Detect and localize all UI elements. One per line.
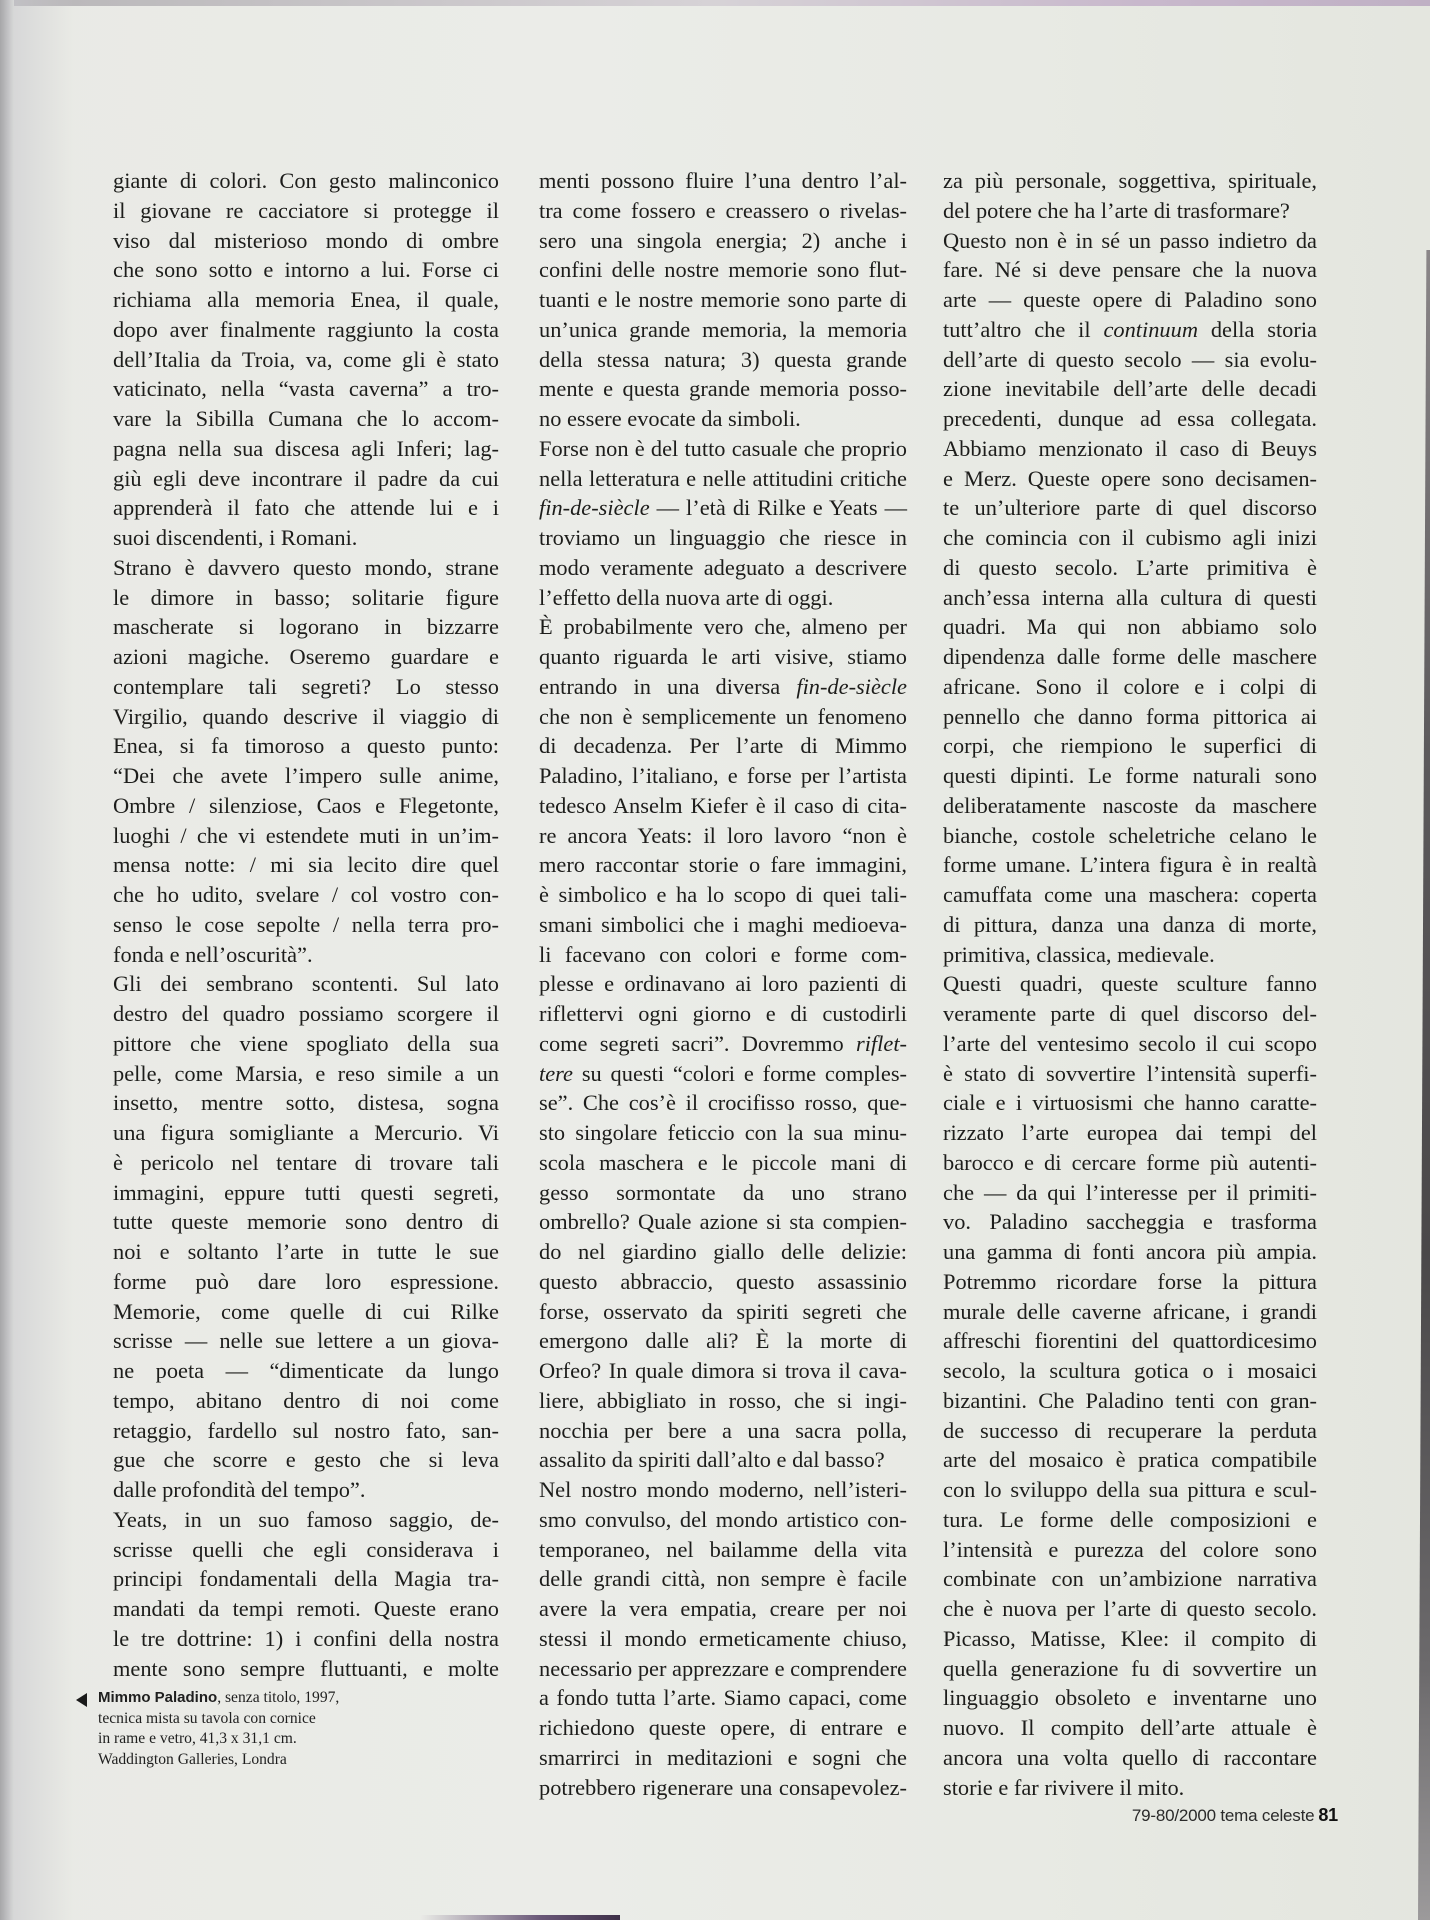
paragraph: È probabilmente vero che, almeno perquan… (539, 612, 907, 1475)
text-line: ombrello? Quale azione si sta compien- (539, 1207, 907, 1237)
paragraph: Forse non è del tutto casuale che propri… (539, 434, 907, 613)
text-line: Paladino, l’italiano, e forse per l’arti… (539, 761, 907, 791)
text-line: za più personale, soggettiva, spirituale… (943, 166, 1317, 196)
text-line: arte — queste opere di Paladino sono (943, 285, 1317, 315)
text-line: Picasso, Matisse, Klee: il compito di (943, 1624, 1317, 1654)
caption-line-4: Waddington Galleries, Londra (76, 1750, 339, 1771)
text-line: Gli dei sembrano scontenti. Sul lato (113, 969, 499, 999)
text-line: questo abbraccio, questo assassinio (539, 1267, 907, 1297)
text-line: modo veramente adeguato a descrivere (539, 553, 907, 583)
text-line: tutte queste memorie sono dentro di (113, 1207, 499, 1237)
text-line: linguaggio obsoleto e inventarne uno (943, 1683, 1317, 1713)
text-line: te un’ulteriore parte di quel discorso (943, 493, 1317, 523)
text-line: le tre dottrine: 1) i confini della nost… (113, 1624, 499, 1654)
text-line: smo convulso, del mondo artistico con- (539, 1505, 907, 1535)
italic-term: fin-de-siècle (796, 674, 907, 699)
text-line: che è nuova per l’arte di questo secolo. (943, 1594, 1317, 1624)
text-line: di pittura, danza una danza di morte, (943, 910, 1317, 940)
text-line: suoi discendenti, i Romani. (113, 523, 499, 553)
text-line: apprenderà il fato che attende lui e i (113, 493, 499, 523)
text-line: scola maschera e le piccole mani di (539, 1148, 907, 1178)
text-line: tedesco Anselm Kiefer è il caso di cita- (539, 791, 907, 821)
text-line: un’unica grande memoria, la memoria (539, 315, 907, 345)
text-line: combinate con un’ambizione narrativa (943, 1564, 1317, 1594)
text-line: tere su questi “colori e forme comples- (539, 1059, 907, 1089)
text-line: l’arte del ventesimo secolo il cui scopo (943, 1029, 1317, 1059)
text-line: fare. Né si deve pensare che la nuova (943, 255, 1317, 285)
text-line: menti possono fluire l’una dentro l’al- (539, 166, 907, 196)
text-line: dipendenza dalle forme delle maschere (943, 642, 1317, 672)
text-line: tutt’altro che il continuum della storia (943, 315, 1317, 345)
text-line: tuanti e le nostre memorie sono parte di (539, 285, 907, 315)
text-line: storie e far rivivere il mito. (943, 1773, 1317, 1803)
text-line: Potremmo ricordare forse la pittura (943, 1267, 1317, 1297)
text-line: forse, osservato da spiriti segreti che (539, 1297, 907, 1327)
paragraph: Strano è davvero questo mondo, stranele … (113, 553, 499, 970)
text-line: riflettervi ogni giorno e di custodirli (539, 999, 907, 1029)
paragraph: Questi quadri, queste sculture fannovera… (943, 969, 1317, 1802)
text-line: deliberatamente nascoste da maschere (943, 791, 1317, 821)
page-right-edge (1418, 250, 1430, 1920)
text-line: mente e questa grande memoria posso- (539, 374, 907, 404)
text-line: azioni magiche. Oseremo guardare e (113, 642, 499, 672)
text-line: vo. Paladino saccheggia e trasforma (943, 1207, 1317, 1237)
text-line: stessi il mondo ermeticamente chiuso, (539, 1624, 907, 1654)
text-line: zione inevitabile dell’arte delle decadi (943, 374, 1317, 404)
text-line: assalito da spiriti dall’alto e dal bass… (539, 1445, 907, 1475)
text-line: Memorie, come quelle di cui Rilke (113, 1297, 499, 1327)
italic-term: riflet- (856, 1031, 907, 1056)
text-line: sero una singola energia; 2) anche i (539, 226, 907, 256)
text-line: se”. Che cos’è il crocifisso rosso, que- (539, 1088, 907, 1118)
text-line: barocco e di cercare forme più autenti- (943, 1148, 1317, 1178)
text-line: smani simbolici che i maghi medioeva- (539, 910, 907, 940)
text-line: dell’Italia da Troia, va, come gli è sta… (113, 345, 499, 375)
paragraph: Yeats, in un suo famoso saggio, de-scris… (113, 1505, 499, 1684)
caption-title-date: , senza titolo, 1997, (217, 1689, 339, 1706)
text-line: pagna nella sua discesa agli Inferi; lag… (113, 434, 499, 464)
paragraph: Gli dei sembrano scontenti. Sul latodest… (113, 969, 499, 1505)
text-line: forme può dare loro espressione. (113, 1267, 499, 1297)
text-line: Ombre / silenziose, Caos e Flegetonte, (113, 791, 499, 821)
text-line: delle grandi città, non sempre è facile (539, 1564, 907, 1594)
text-line: Nel nostro mondo moderno, nell’isteri- (539, 1475, 907, 1505)
text-line: è stato di sovvertire l’intensità superf… (943, 1059, 1317, 1089)
text-line: le dimore in basso; solitarie figure (113, 583, 499, 613)
page-folio: 79-80/2000 tema celeste81 (1132, 1805, 1338, 1826)
text-line: che non è semplicemente un fenomeno (539, 702, 907, 732)
text-line: secolo, la scultura gotica o i mosaici (943, 1356, 1317, 1386)
text-line: Strano è davvero questo mondo, strane (113, 553, 499, 583)
text-line: del potere che ha l’arte di trasformare? (943, 196, 1317, 226)
italic-term: tere (539, 1061, 573, 1086)
caption-artist: Mimmo Paladino (98, 1689, 217, 1706)
text-line: dalle profondità del tempo”. (113, 1475, 499, 1505)
text-line: mensa notte: / mi sia lecito dire quel (113, 850, 499, 880)
paragraph: giante di colori. Con gesto malinconicoi… (113, 166, 499, 553)
caption-line-1: Mimmo Paladino, senza titolo, 1997, (76, 1688, 339, 1709)
text-line: quella generazione fu di sovvertire un (943, 1654, 1317, 1684)
text-line: l’intensità e purezza del colore sono (943, 1535, 1317, 1565)
text-line: primitiva, classica, medievale. (943, 940, 1317, 970)
text-line: temporaneo, nel bailamme della vita (539, 1535, 907, 1565)
text-line: richiedono queste opere, di entrare e (539, 1713, 907, 1743)
page-number: 81 (1318, 1805, 1338, 1825)
left-pointing-triangle-icon (76, 1693, 87, 1707)
text-line: avere la vera empatia, creare per noi (539, 1594, 907, 1624)
text-line: destro del quadro possiamo scorgere il (113, 999, 499, 1029)
text-line: insetto, mentre sotto, distesa, sogna (113, 1088, 499, 1118)
text-line: potrebbero rigenerare una consapevolez- (539, 1773, 907, 1803)
text-line: liere, abbigliato in rosso, che si ingi- (539, 1386, 907, 1416)
text-column-3: za più personale, soggettiva, spirituale… (943, 166, 1317, 1802)
caption-line-3: in rame e vetro, 41,3 x 31,1 cm. (76, 1729, 339, 1750)
text-column-2: menti possono fluire l’una dentro l’al-t… (539, 166, 907, 1802)
text-line: li facevano con colori e forme com- (539, 940, 907, 970)
text-line: no essere evocate da simboli. (539, 404, 907, 434)
binding-gutter (0, 0, 14, 1920)
text-line: corpi, che riempiono le superfici di (943, 731, 1317, 761)
text-line: giù egli deve incontrare il padre da cui (113, 464, 499, 494)
text-line: che ho udito, svelare / col vostro con- (113, 880, 499, 910)
text-line: emergono dalle ali? È la morte di (539, 1326, 907, 1356)
text-line: scrisse — nelle sue lettere a un giova- (113, 1326, 499, 1356)
text-line: necessario per apprezzare e comprendere (539, 1654, 907, 1684)
text-line: smarrirci in meditazioni e sogni che (539, 1743, 907, 1773)
text-line: Forse non è del tutto casuale che propri… (539, 434, 907, 464)
text-line: Orfeo? In quale dimora si trova il cava- (539, 1356, 907, 1386)
text-line: vaticinato, nella “vasta caverna” a tro- (113, 374, 499, 404)
text-line: e Merz. Queste opere sono decisamen- (943, 464, 1317, 494)
text-line: quanto riguarda le arti visive, stiamo (539, 642, 907, 672)
text-line: che sono sotto e intorno a lui. Forse ci (113, 255, 499, 285)
text-line: a fondo tutta l’arte. Siamo capaci, come (539, 1683, 907, 1713)
figure-caption: Mimmo Paladino, senza titolo, 1997, tecn… (76, 1688, 339, 1770)
text-line: entrando in una diversa fin-de-siècle (539, 672, 907, 702)
paragraph: Nel nostro mondo moderno, nell’isteri-sm… (539, 1475, 907, 1802)
text-line: luoghi / che vi estendete muti in un’im- (113, 821, 499, 851)
text-line: Questi quadri, queste sculture fanno (943, 969, 1317, 999)
text-line: di questo secolo. L’arte primitiva è (943, 553, 1317, 583)
text-line: gue che scorre e gesto che si leva (113, 1445, 499, 1475)
text-line: il giovane re cacciatore si protegge il (113, 196, 499, 226)
text-line: do nel giardino giallo delle delizie: (539, 1237, 907, 1267)
italic-term: fin-de-siècle (539, 495, 650, 520)
text-line: affreschi fiorentini del quattordicesimo (943, 1326, 1317, 1356)
text-line: viso dal misterioso mondo di ombre (113, 226, 499, 256)
text-line: mascherate si logorano in bizzarre (113, 612, 499, 642)
folio-issue-label: 79-80/2000 tema celeste (1132, 1806, 1315, 1825)
text-line: con lo sviluppo della sua pittura e scul… (943, 1475, 1317, 1505)
text-line: l’effetto della nuova arte di oggi. (539, 583, 907, 613)
text-line: forme umane. L’intera figura è in realtà (943, 850, 1317, 880)
text-line: come segreti sacri”. Dovremmo riflet- (539, 1029, 907, 1059)
text-line: de successo di recuperare la perduta (943, 1416, 1317, 1446)
text-line: bianche, costole scheletriche celano le (943, 821, 1317, 851)
text-line: bizantini. Che Paladino tenti con gran- (943, 1386, 1317, 1416)
text-line: della stessa natura; 3) questa grande (539, 345, 907, 375)
scan-bottom-edge (420, 1915, 620, 1920)
text-line: precedenti, dunque ad essa collegata. (943, 404, 1317, 434)
text-line: senso le cose sepolte / nella terra pro- (113, 910, 499, 940)
text-line: noi e soltanto l’arte in tutte le sue (113, 1237, 499, 1267)
text-line: è simbolico e ha lo scopo di quei tali- (539, 880, 907, 910)
text-line: quadri. Ma qui non abbiamo solo (943, 612, 1317, 642)
scan-top-edge (0, 0, 1430, 6)
text-line: mandati da tempi remoti. Queste erano (113, 1594, 499, 1624)
paragraph: menti possono fluire l’una dentro l’al-t… (539, 166, 907, 434)
text-line: vare la Sibilla Cumana che lo accom- (113, 404, 499, 434)
text-line: sto singolare feticcio con la sua minu- (539, 1118, 907, 1148)
text-line: africane. Sono il colore e i colpi di (943, 672, 1317, 702)
text-line: anch’essa interna alla cultura di questi (943, 583, 1317, 613)
text-line: una figura somigliante a Mercurio. Vi (113, 1118, 499, 1148)
text-line: troviamo un linguaggio che riesce in (539, 523, 907, 553)
text-line: nuovo. Il compito dell’arte attuale è (943, 1713, 1317, 1743)
text-column-1: giante di colori. Con gesto malinconicoi… (113, 166, 499, 1683)
text-line: giante di colori. Con gesto malinconico (113, 166, 499, 196)
text-line: mente sono sempre fluttuanti, e molte (113, 1654, 499, 1684)
text-line: scrisse quelli che egli considerava i (113, 1535, 499, 1565)
text-line: fonda e nell’oscurità”. (113, 940, 499, 970)
text-line: tra come fossero e creassero o rivelas- (539, 196, 907, 226)
text-line: È probabilmente vero che, almeno per (539, 612, 907, 642)
text-line: pennello che danno forma pittorica ai (943, 702, 1317, 732)
text-line: nocchia per bere a una sacra polla, (539, 1416, 907, 1446)
text-line: ciale e i virtuosismi che hanno caratte- (943, 1088, 1317, 1118)
text-line: gesso sormontate da uno strano (539, 1178, 907, 1208)
text-line: dopo aver finalmente raggiunto la costa (113, 315, 499, 345)
text-line: ancora una volta quello di raccontare (943, 1743, 1317, 1773)
text-line: “Dei che avete l’impero sulle anime, (113, 761, 499, 791)
text-line: questi dipinti. Le forme naturali sono (943, 761, 1317, 791)
text-line: è pericolo nel tentare di trovare tali (113, 1148, 499, 1178)
text-line: Abbiamo menzionato il caso di Beuys (943, 434, 1317, 464)
text-line: tura. Le forme delle composizioni e (943, 1505, 1317, 1535)
caption-line-2: tecnica mista su tavola con cornice (76, 1709, 339, 1730)
text-line: principi fondamentali della Magia tra- (113, 1564, 499, 1594)
text-line: nella letteratura e nelle attitudini cri… (539, 464, 907, 494)
magazine-page: giante di colori. Con gesto malinconicoi… (0, 0, 1430, 1920)
text-line: dell’arte di questo secolo — sia evolu- (943, 345, 1317, 375)
paragraph: Questo non è in sé un passo indietro daf… (943, 226, 1317, 970)
text-line: immagini, eppure tutti questi segreti, (113, 1178, 499, 1208)
text-line: pittore che viene spogliato della sua (113, 1029, 499, 1059)
gutter-shadow (14, 0, 74, 1920)
text-line: rizzato l’arte europea dai tempi del (943, 1118, 1317, 1148)
text-line: contemplare tali segreti? Lo stesso (113, 672, 499, 702)
text-line: Virgilio, quando descrive il viaggio di (113, 702, 499, 732)
text-line: che comincia con il cubismo agli inizi (943, 523, 1317, 553)
text-line: murale delle caverne africane, i grandi (943, 1297, 1317, 1327)
text-line: richiama alla memoria Enea, il quale, (113, 285, 499, 315)
text-line: pelle, come Marsia, e reso simile a un (113, 1059, 499, 1089)
text-line: camuffata come una maschera: coperta (943, 880, 1317, 910)
text-line: che — da qui l’interesse per il primiti- (943, 1178, 1317, 1208)
text-line: arte del mosaico è pratica compatibile (943, 1445, 1317, 1475)
text-line: mero raccontar storie o fare immagini, (539, 850, 907, 880)
text-line: re ancora Yeats: il loro lavoro “non è (539, 821, 907, 851)
text-line: tempo, abitano dentro di noi come (113, 1386, 499, 1416)
italic-term: continuum (1103, 317, 1198, 342)
text-line: fin-de-siècle — l’età di Rilke e Yeats — (539, 493, 907, 523)
text-line: di decadenza. Per l’arte di Mimmo (539, 731, 907, 761)
text-line: ne poeta — “dimenticate da lungo (113, 1356, 499, 1386)
text-line: confini delle nostre memorie sono flut- (539, 255, 907, 285)
text-line: Questo non è in sé un passo indietro da (943, 226, 1317, 256)
text-line: Yeats, in un suo famoso saggio, de- (113, 1505, 499, 1535)
text-line: plesse e ordinavano ai loro pazienti di (539, 969, 907, 999)
paragraph: za più personale, soggettiva, spirituale… (943, 166, 1317, 226)
text-line: retaggio, fardello sul nostro fato, san- (113, 1416, 499, 1446)
text-line: veramente parte di quel discorso del- (943, 999, 1317, 1029)
text-line: una gamma di fonti ancora più ampia. (943, 1237, 1317, 1267)
text-line: Enea, si fa timoroso a questo punto: (113, 731, 499, 761)
